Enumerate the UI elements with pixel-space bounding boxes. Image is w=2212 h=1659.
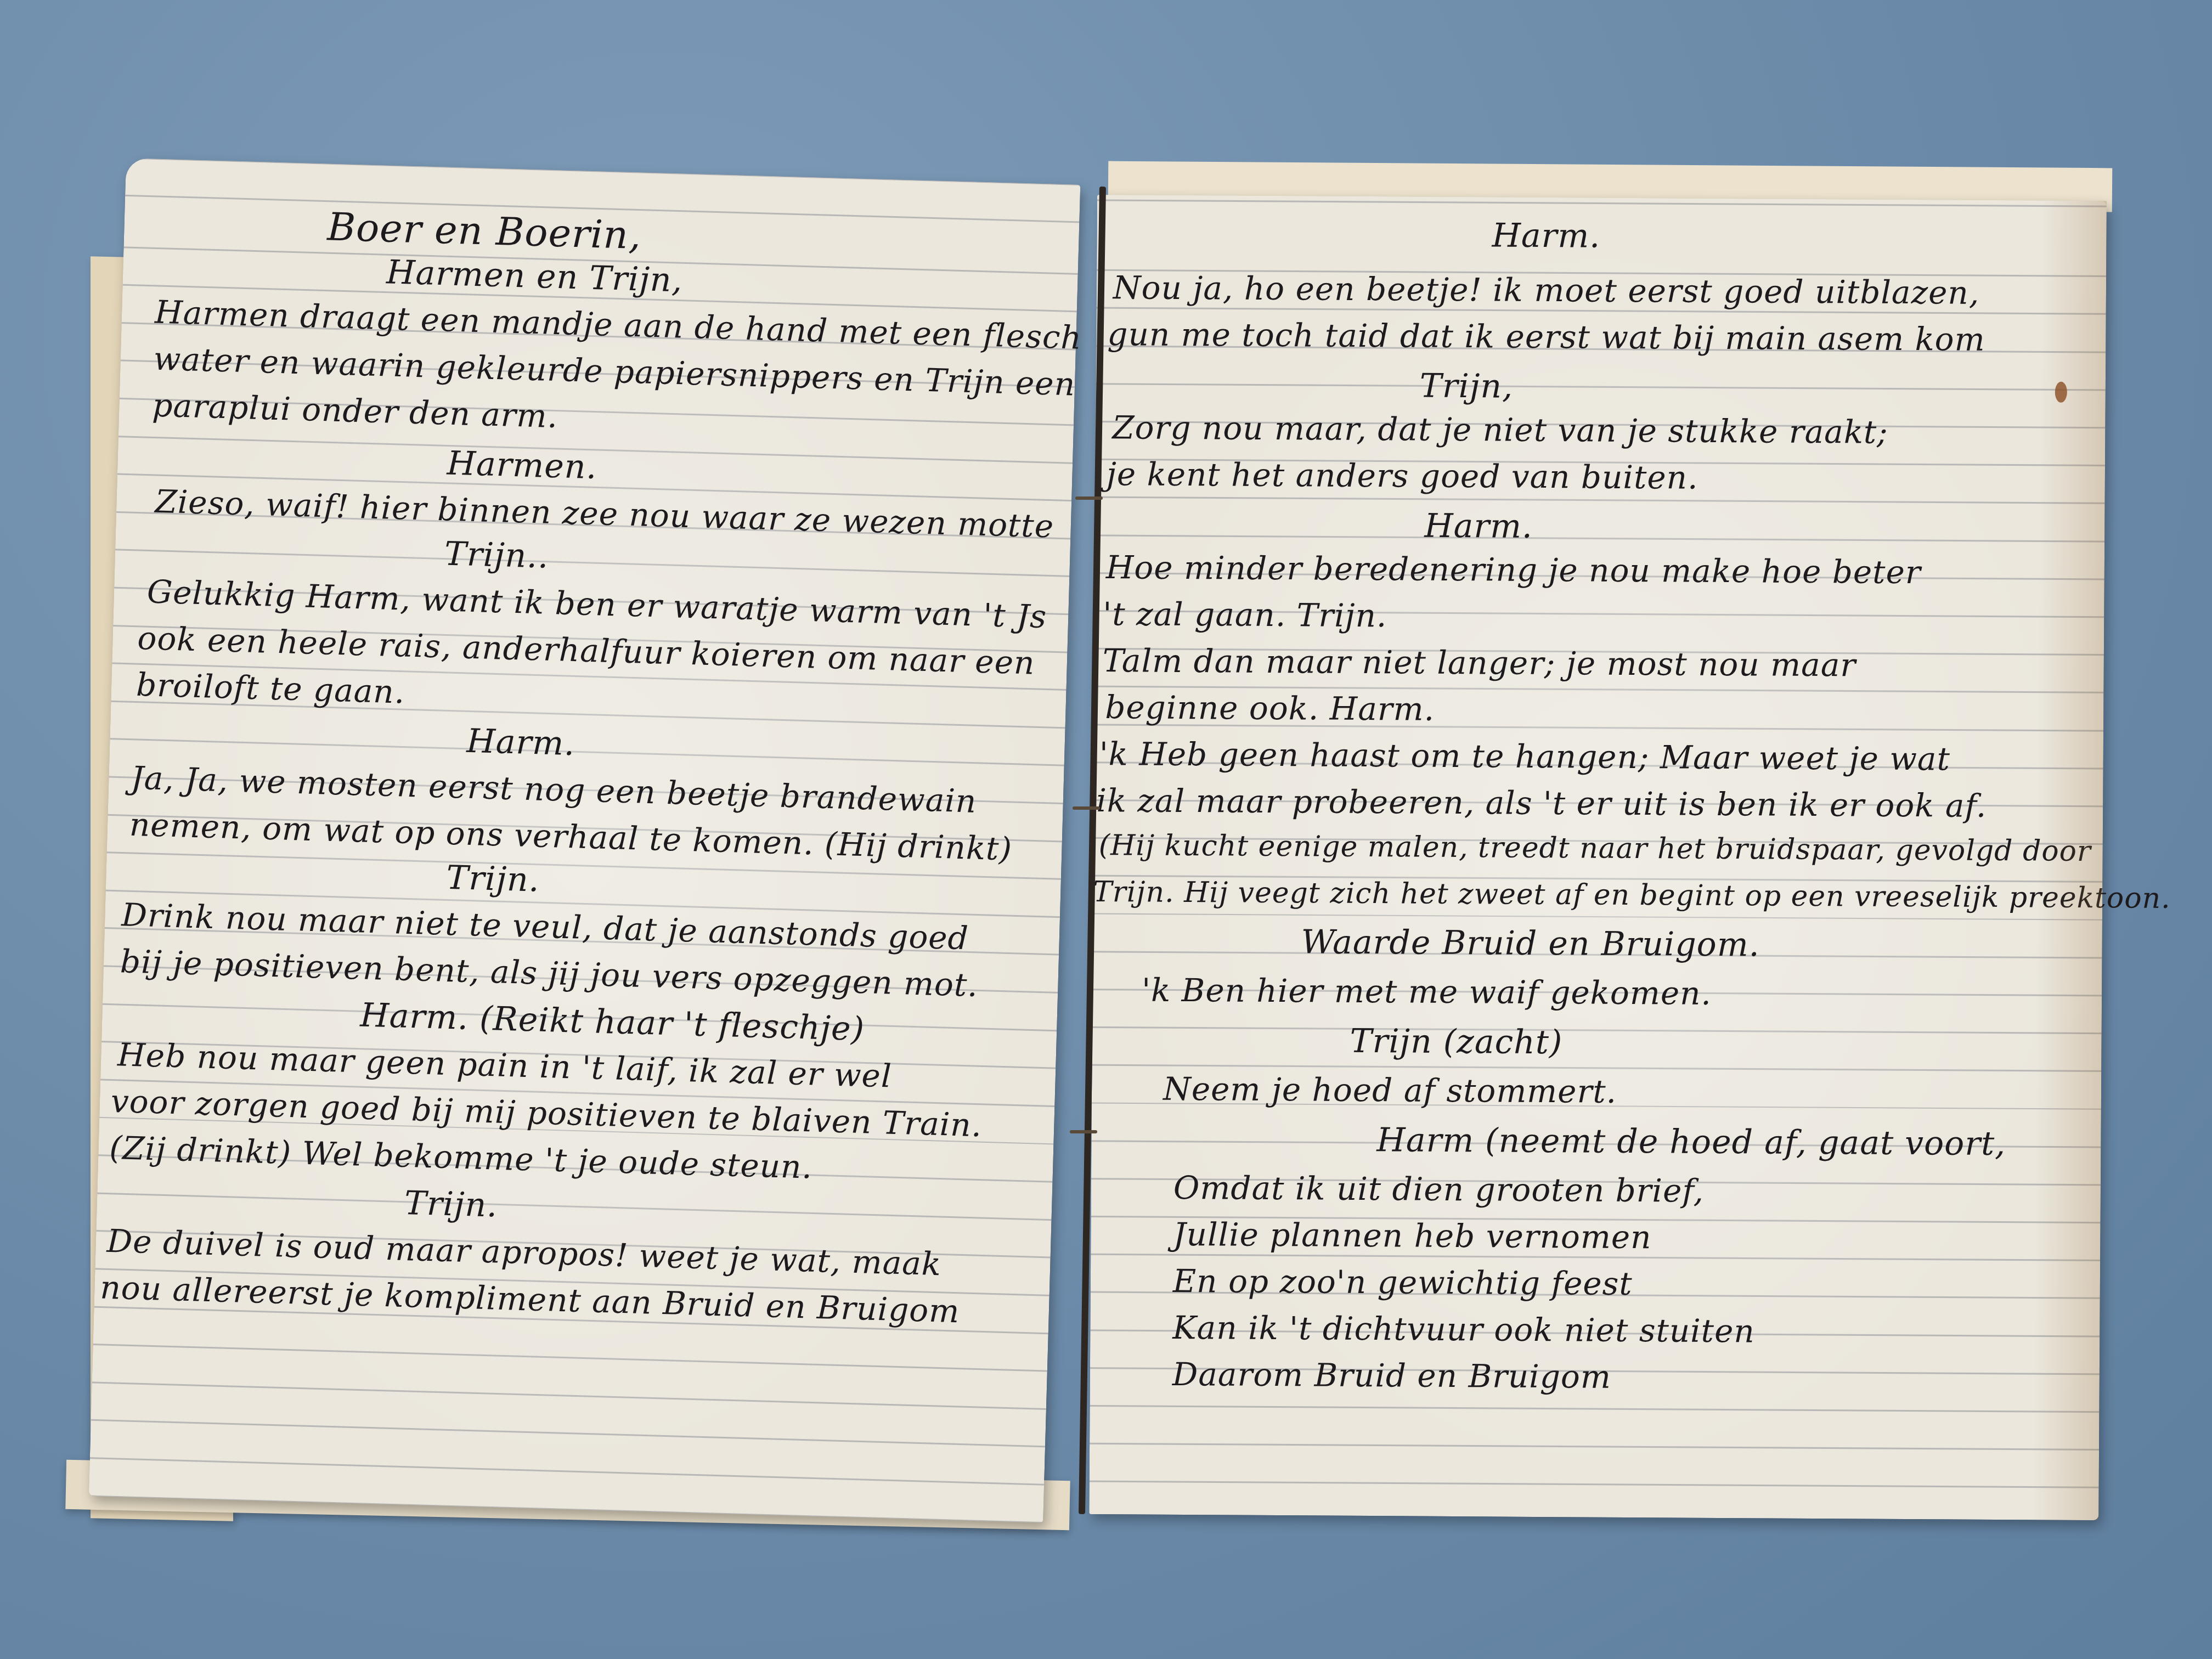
dialogue-line: ik zal maar probeeren, als 't er uit is …	[1096, 785, 2103, 822]
dialogue-line: Zieso, waif! hier binnen zee nou waar ze…	[155, 486, 1071, 543]
speaker-label: Trijn.	[446, 861, 1061, 911]
notebook-page-right: Harm. Nou ja, ho een beetje! ik moet eer…	[1089, 195, 2107, 1520]
speaker-label: Waarde Bruid en Bruigom.	[1301, 926, 2102, 963]
binding-stitch	[1070, 1130, 1097, 1133]
stage-direction-line: (Hij kucht eenige malen, treedt naar het…	[1099, 831, 2103, 866]
stage-direction-line: Trijn. Hij veegt zich het zweet af en be…	[1093, 878, 2102, 912]
verse-line: Jullie plannen heb vernomen	[1173, 1218, 2100, 1256]
left-page-text: Boer en Boerin, Harmen en Trijn, Harmen …	[89, 158, 1080, 1523]
speaker-label: Harm.	[466, 725, 1065, 774]
dialogue-line: Nou ja, ho een beetje! ik moet eerst goe…	[1113, 272, 2106, 309]
speaker-label: Trijn,	[1420, 370, 2106, 407]
verse-line: Omdat ik uit dien grooten brief,	[1173, 1172, 2101, 1209]
ink-stain	[2055, 382, 2067, 403]
speaker-label: Trijn..	[444, 537, 1070, 588]
speaker-label: Harm (neemt de hoed af, gaat voort,	[1376, 1124, 2101, 1161]
dialogue-line: beginne ook. Harm.	[1105, 691, 2103, 729]
speaker-label: Harm.	[1492, 219, 2106, 256]
dialogue-line: 't zal gaan. Trijn.	[1103, 598, 2104, 636]
dialogue-line: gun me toch taid dat ik eerst wat bij ma…	[1107, 318, 2106, 356]
verse-line: Daarom Bruid en Bruigom	[1172, 1358, 2100, 1396]
dialogue-line: je kent het anders goed van buiten.	[1107, 458, 2105, 496]
dialogue-line: Zorg nou maar, dat je niet van je stukke…	[1112, 411, 2105, 449]
speaker-label: Trijn.	[404, 1187, 1052, 1238]
speaker-label: Harm.	[1424, 510, 2104, 547]
right-page-text: Harm. Nou ja, ho een beetje! ik moet eer…	[1089, 195, 2107, 1520]
notebook-page-left: Boer en Boerin, Harmen en Trijn, Harmen …	[89, 158, 1080, 1523]
dialogue-line: 'k Heb geen haast om te hangen; Maar wee…	[1099, 738, 2103, 776]
binding-stitch	[1073, 806, 1100, 810]
verse-line: Kan ik 't dichtvuur ook niet stuiten	[1172, 1312, 2100, 1349]
speaker-label: Trijn (zacht)	[1350, 1025, 2101, 1062]
dialogue-line: Hoe minder beredenering je nou make hoe …	[1106, 551, 2104, 589]
dialogue-line: Neem je hoed af stommert.	[1163, 1073, 2101, 1110]
dialogue-line: Talm dan maar niet langer; je most nou m…	[1103, 645, 2104, 682]
binding-stitch	[1075, 496, 1103, 500]
verse-line: En op zoo'n gewichtig feest	[1173, 1265, 2100, 1302]
speaker-label: Harmen.	[447, 447, 1073, 498]
speaker-label: Harm. (Reikt haar 't fleschje)	[360, 999, 1057, 1051]
dialogue-line: 'k Ben hier met me waif gekomen.	[1142, 974, 2102, 1012]
